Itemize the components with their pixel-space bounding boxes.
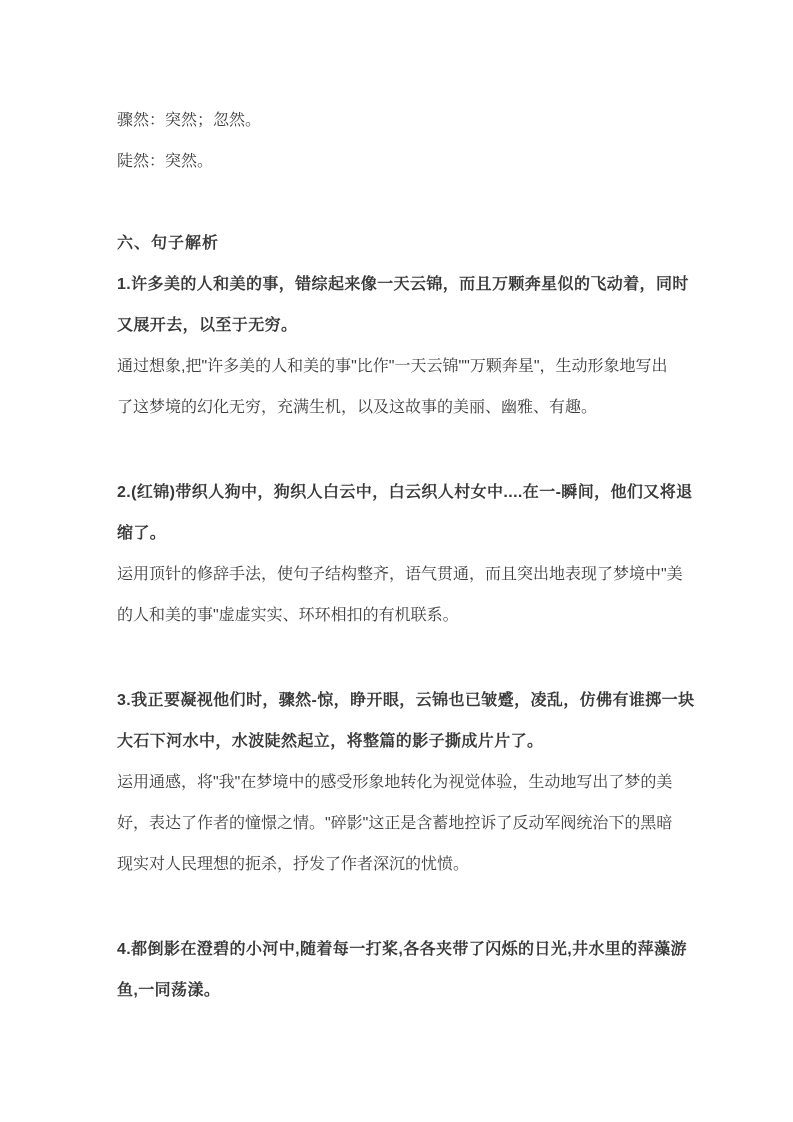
analysis-line: 好，表达了作者的憧憬之情。"碎影"这正是含蓄地控诉了反动军阀统治下的黑暗 bbox=[117, 803, 683, 844]
sentence-line: 缩了。 bbox=[117, 513, 683, 554]
sentence-line: 2.(红锦)带织人狗中，狗织人白云中，白云织人村女中....在一-瞬间，他们又将… bbox=[117, 472, 683, 513]
sentence-analysis-1: 1.许多美的人和美的事，错综起来像一天云锦，而且万颗奔星似的飞动着，同时 又展开… bbox=[117, 264, 683, 428]
analysis-line: 了这梦境的幻化无穷，充满生机，以及这故事的美丽、幽雅、有趣。 bbox=[117, 387, 683, 428]
vocab-definitions: 骤然：突然；忽然。 陡然：突然。 bbox=[117, 100, 683, 182]
sentence-line: 1.许多美的人和美的事，错综起来像一天云锦，而且万颗奔星似的飞动着，同时 bbox=[117, 264, 683, 305]
sentence-analysis-3: 3.我正要凝视他们时，骤然-惊，睁开眼，云锦也已皱蹙，凌乱，仿佛有谁掷一块 大石… bbox=[117, 680, 683, 885]
analysis-line: 运用通感，将"我"在梦境中的感受形象地转化为视觉体验，生动地写出了梦的美 bbox=[117, 762, 683, 803]
sentence-line: 3.我正要凝视他们时，骤然-惊，睁开眼，云锦也已皱蹙，凌乱，仿佛有谁掷一块 bbox=[117, 680, 683, 721]
analysis-text: 运用通感，将"我"在梦境中的感受形象地转化为视觉体验，生动地写出了梦的美 好，表… bbox=[117, 762, 683, 885]
sentence-line: 鱼,一同荡漾。 bbox=[117, 970, 683, 1011]
analysis-line: 现实对人民理想的扼杀，抒发了作者深沉的忧愤。 bbox=[117, 844, 683, 885]
sentence-line: 又展开去，以至于无穷。 bbox=[117, 305, 683, 346]
document-page: 骤然：突然；忽然。 陡然：突然。 六、句子解析 1.许多美的人和美的事，错综起来… bbox=[0, 0, 793, 1122]
sentence-text: 1.许多美的人和美的事，错综起来像一天云锦，而且万颗奔星似的飞动着，同时 又展开… bbox=[117, 264, 683, 346]
sentence-text: 3.我正要凝视他们时，骤然-惊，睁开眼，云锦也已皱蹙，凌乱，仿佛有谁掷一块 大石… bbox=[117, 680, 683, 762]
sentence-line: 大石下河水中，水波陡然起立，将整篇的影子撕成片片了。 bbox=[117, 721, 683, 762]
analysis-line: 通过想象,把"许多美的人和美的事"比作"一天云锦""万颗奔星"，生动形象地写出 bbox=[117, 346, 683, 387]
section-heading: 六、句子解析 bbox=[117, 223, 683, 264]
vocab-line-douran: 陡然：突然。 bbox=[117, 141, 683, 182]
sentence-text: 4.都倒影在澄碧的小河中,随着每一打桨,各各夹带了闪烁的日光,井水里的萍藻游 鱼… bbox=[117, 929, 683, 1011]
sentence-line: 4.都倒影在澄碧的小河中,随着每一打桨,各各夹带了闪烁的日光,井水里的萍藻游 bbox=[117, 929, 683, 970]
analysis-text: 运用顶针的修辞手法，使句子结构整齐，语气贯通，而且突出地表现了梦境中"美 的人和… bbox=[117, 554, 683, 636]
vocab-line-zhouran: 骤然：突然；忽然。 bbox=[117, 100, 683, 141]
analysis-line: 运用顶针的修辞手法，使句子结构整齐，语气贯通，而且突出地表现了梦境中"美 bbox=[117, 554, 683, 595]
sentence-analysis-4: 4.都倒影在澄碧的小河中,随着每一打桨,各各夹带了闪烁的日光,井水里的萍藻游 鱼… bbox=[117, 929, 683, 1011]
analysis-line: 的人和美的事"虚虚实实、环环相扣的有机联系。 bbox=[117, 595, 683, 636]
sentence-analysis-2: 2.(红锦)带织人狗中，狗织人白云中，白云织人村女中....在一-瞬间，他们又将… bbox=[117, 472, 683, 636]
analysis-text: 通过想象,把"许多美的人和美的事"比作"一天云锦""万颗奔星"，生动形象地写出 … bbox=[117, 346, 683, 428]
document-content: 骤然：突然；忽然。 陡然：突然。 六、句子解析 1.许多美的人和美的事，错综起来… bbox=[0, 0, 793, 1011]
sentence-text: 2.(红锦)带织人狗中，狗织人白云中，白云织人村女中....在一-瞬间，他们又将… bbox=[117, 472, 683, 554]
